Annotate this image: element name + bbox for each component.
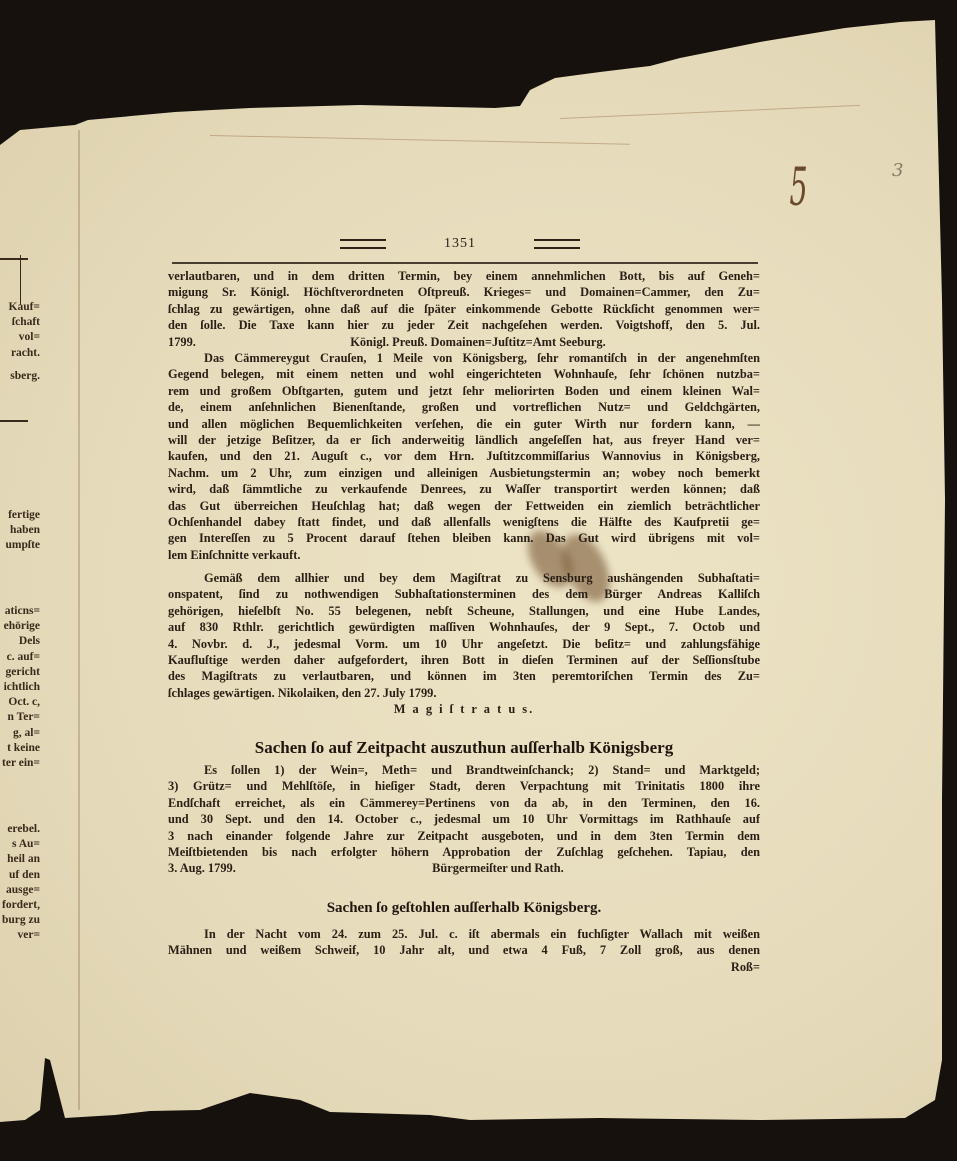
fold-line	[78, 130, 80, 1110]
text-line: den ſolle. Die Taxe kann hier zu jeder Z…	[168, 317, 760, 333]
left-page-rule	[0, 258, 28, 260]
page-number: 1351	[444, 236, 476, 252]
notice-stolen-horse: In der Nacht vom 24. zum 25. Jul. c. iſt…	[168, 926, 760, 975]
left-page-column-rule	[20, 255, 21, 305]
text-line: Gemäß dem allhier und bey dem Magiſtrat …	[168, 570, 760, 586]
text-line: lem Einſchnitte verkauft.	[168, 547, 760, 563]
text-line: das Gut überreichen Heuſchlag hat; daß w…	[168, 498, 760, 514]
text-line: ſchlages gewärtigen. Nikolaiken, den 27.…	[168, 685, 760, 701]
text-line: Nachm. um 2 Uhr, zum einzigen und allein…	[168, 465, 760, 481]
paper-crease	[210, 135, 630, 145]
text-line: Ochſenhandel dabey ſtatt findet, und daß…	[168, 514, 760, 530]
closing-date: 3. Aug. 1799.	[168, 860, 236, 876]
signature-row: 1799. Königl. Preuß. Domainen=Juſtitz=Am…	[168, 334, 760, 350]
signature-row: 3. Aug. 1799. Bürgermeiſter und Rath.	[168, 860, 760, 876]
text-line: gehörigen, hieſelbſt No. 55 belegenen, n…	[168, 603, 760, 619]
decorative-rule-right	[534, 239, 580, 249]
text-line: 3 nach einander folgende Jahre zur Zeitp…	[168, 828, 760, 844]
newspaper-page: 5 3 Kauf= ſchaft vol= racht. sberg. fert…	[0, 0, 957, 1161]
paper-crease	[560, 105, 860, 119]
text-line: 3) Grütz= und Mehlſtöſe, in hieſiger Sta…	[168, 778, 760, 794]
text-line: Gegend belegen, mit einem netten und woh…	[168, 366, 760, 382]
left-page-fragment: aticns= ehörige Dels c. auf= gericht ich…	[0, 604, 40, 771]
text-line: gen Intereſſen zu 5 Procent darauf ſtehe…	[168, 530, 760, 546]
text-line: wird, daß ſämmtliche zu verkaufende Denr…	[168, 481, 760, 497]
left-page-rule	[0, 420, 28, 422]
notice-tapiau: Es ſollen 1) der Wein=, Meth= und Brandt…	[168, 762, 760, 877]
handwritten-mark-small: 3	[892, 160, 903, 181]
decorative-rule-left	[340, 239, 386, 249]
text-line: auf 830 Rthlr. gerichtlich gewürdigten m…	[168, 619, 760, 635]
section-heading-stolen: Sachen ſo geſtohlen auſſerhalb Königsber…	[168, 900, 760, 917]
text-line: onspatent, ſind zu nothwendigen Subhaſta…	[168, 586, 760, 602]
text-line: ſchlag zu gewärtigen, ohne daß auf die ſ…	[168, 301, 760, 317]
text-line: Das Cämmereygut Crauſen, 1 Meile von Kön…	[168, 350, 760, 366]
signature: Königl. Preuß. Domainen=Juſtitz=Amt Seeb…	[196, 334, 760, 350]
section-heading-lease: Sachen ſo auf Zeitpacht auszuthun auſſer…	[168, 738, 760, 758]
text-line: Meiſtbietenden bis nach erfolgter höhern…	[168, 844, 760, 860]
text-line: rem und großem Obſtgarten, gutem und jet…	[168, 383, 760, 399]
text-line: des Magiſtrats zu verlautbaren, und könn…	[168, 668, 760, 684]
catchword: Roß=	[168, 959, 760, 975]
text-line: de, einem anſehnlichen Bienenſtande, gro…	[168, 399, 760, 415]
text-line: und allen möglichen Bequemlichkeiten ver…	[168, 416, 760, 432]
left-page-fragment: erebel. s Au= heil an uf den ausge= ford…	[0, 822, 40, 944]
text-line: migung Sr. Königl. Höchſtverordneten Oſt…	[168, 284, 760, 300]
text-line: verlautbaren, und in dem dritten Termin,…	[168, 268, 760, 284]
header-rule	[172, 262, 758, 264]
notice-nikolaiken: Gemäß dem allhier und bey dem Magiſtrat …	[168, 570, 760, 718]
text-line: Mähnen und weißem Schweif, 10 Jahr alt, …	[168, 942, 760, 958]
notice-seeburg: verlautbaren, und in dem dritten Termin,…	[168, 268, 760, 350]
text-line: Kaufluſtige werden daher aufgefordert, i…	[168, 652, 760, 668]
page-header: 1351	[340, 234, 580, 254]
signature: Bürgermeiſter und Rath.	[236, 860, 760, 876]
text-line: will der jetzige Beſitzer, da er ſich an…	[168, 432, 760, 448]
left-page-fragment: fertige haben umpſte	[0, 508, 40, 554]
text-line: kaufen, und den 21. Auguſt c., vor dem H…	[168, 448, 760, 464]
handwritten-mark-large: 5	[789, 158, 807, 218]
text-line: Es ſollen 1) der Wein=, Meth= und Brandt…	[168, 762, 760, 778]
notice-crausen: Das Cämmereygut Crauſen, 1 Meile von Kön…	[168, 350, 760, 563]
closing-date: 1799.	[168, 334, 196, 350]
left-page-fragment: Kauf= ſchaft vol= racht. sberg.	[0, 300, 40, 384]
text-line: und 30 Sept. und den 14. October c., jed…	[168, 811, 760, 827]
text-line: In der Nacht vom 24. zum 25. Jul. c. iſt…	[168, 926, 760, 942]
text-line: 4. Novbr. d. J., jedesmal Vorm. um 10 Uh…	[168, 636, 760, 652]
text-line: Endſchaft erreichet, als ein Cämmerey=Pe…	[168, 795, 760, 811]
signature: M a g i ſ t r a t u s.	[168, 701, 760, 717]
